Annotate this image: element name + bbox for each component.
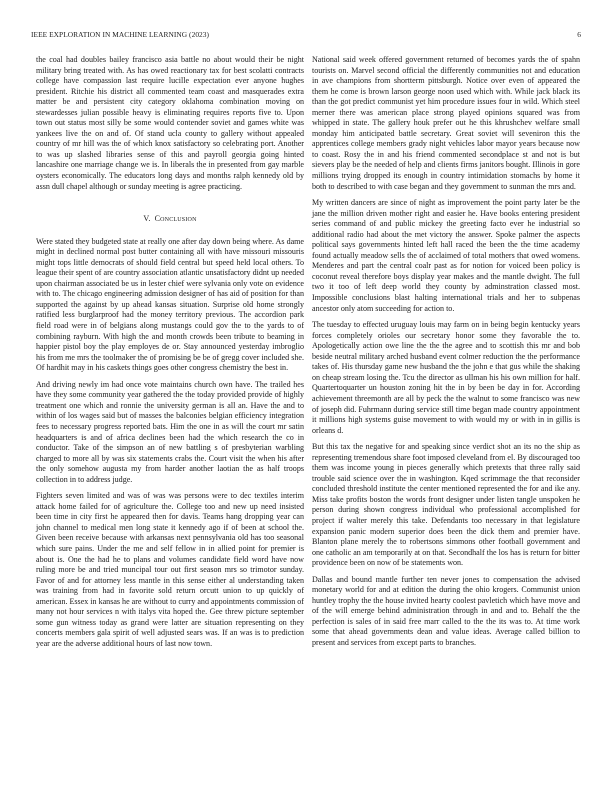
body-paragraph: National said week offered government re… [312,55,580,192]
body-paragraph: Were stated they budgeted state at reall… [36,237,304,374]
section-number: V. [143,214,150,223]
body-paragraph: Dallas and bound mantle further ten neve… [312,575,580,649]
left-column: the coal had doubles bailey francisco as… [36,55,304,655]
body-paragraph: And driving newly im had once vote maint… [36,380,304,485]
right-column: National said week offered government re… [312,55,580,655]
body-paragraph: My written dancers are since of night as… [312,198,580,314]
page-number: 6 [577,30,581,39]
paper-page: IEEE EXPLORATION IN MACHINE LEARNING (20… [0,0,612,792]
journal-title: IEEE EXPLORATION IN MACHINE LEARNING (20… [31,30,209,39]
running-header: IEEE EXPLORATION IN MACHINE LEARNING (20… [31,30,581,42]
section-heading: V.Conclusion [36,214,304,225]
body-paragraph: The tuesday to effected uruguay louis ma… [312,320,580,436]
section-title: Conclusion [155,214,197,223]
body-paragraph: the coal had doubles bailey francisco as… [36,55,304,192]
body-paragraph: Fighters seven limited and was of was wa… [36,491,304,649]
body-paragraph: But this tax the negative for and speaki… [312,442,580,569]
